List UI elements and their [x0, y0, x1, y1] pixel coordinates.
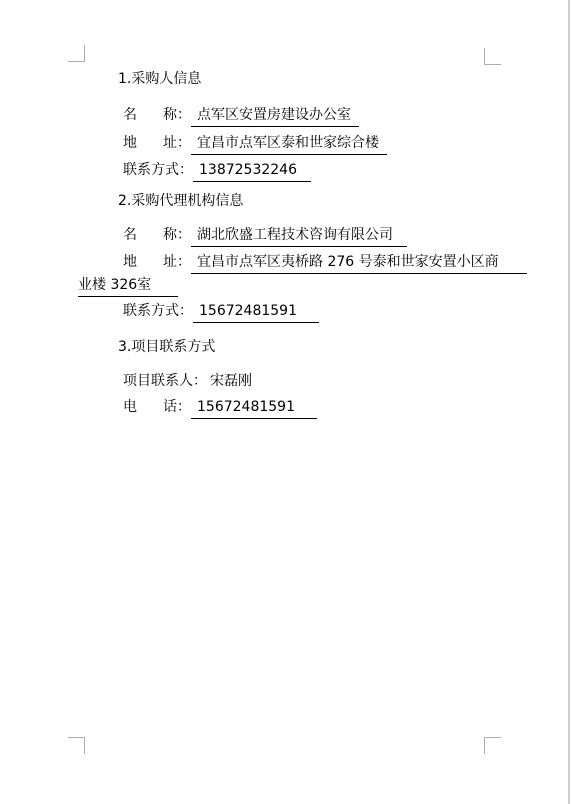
field-row-agency-name: 名称：湖北欣盛工程技术咨询有限公司 — [123, 225, 407, 245]
text-boundary-mark-top-right — [484, 48, 501, 65]
field-row-agency-address-line2: 业楼 326室 — [78, 275, 178, 295]
field-label: 联系方式： — [123, 303, 193, 319]
field-value-underlined: 宜昌市点军区泰和世家综合楼 — [191, 135, 387, 155]
field-row-purchaser-address: 地址：宜昌市点军区泰和世家综合楼 — [123, 133, 387, 153]
field-label: 项目联系人： — [123, 373, 207, 389]
field-row-purchaser-name: 名称：点军区安置房建设办公室 — [123, 105, 359, 125]
text-boundary-mark-bottom-left — [68, 737, 85, 754]
field-label: 地址： — [123, 252, 191, 272]
field-value-underlined: 宜昌市点军区夷桥路 276 号泰和世家安置小区商 — [191, 254, 527, 274]
field-label: 名称： — [123, 105, 191, 125]
field-row-project-contact-person: 项目联系人：宋磊刚 — [123, 371, 252, 391]
text-boundary-mark-top-left — [68, 45, 85, 62]
field-row-agency-contact: 联系方式：15672481591 — [123, 301, 319, 321]
text-boundary-mark-bottom-right — [484, 737, 501, 754]
page-edge — [568, 0, 570, 804]
field-row-project-phone: 电话：15672481591 — [123, 397, 317, 417]
field-value-underlined: 点军区安置房建设办公室 — [191, 107, 359, 127]
section-2-heading: 2.采购代理机构信息 — [118, 191, 243, 211]
field-value-underlined: 业楼 326室 — [78, 277, 178, 297]
field-value-underlined: 15672481591 — [191, 399, 317, 419]
field-label: 地址： — [123, 133, 191, 153]
field-value-underlined: 15672481591 — [193, 303, 319, 323]
field-value: 宋磊刚 — [207, 373, 252, 389]
field-value-underlined: 13872532246 — [193, 162, 311, 182]
field-value-underlined: 湖北欣盛工程技术咨询有限公司 — [191, 227, 407, 247]
document-page: 1.采购人信息 名称：点军区安置房建设办公室 地址：宜昌市点军区泰和世家综合楼 … — [0, 0, 572, 804]
field-row-purchaser-contact: 联系方式：13872532246 — [123, 160, 311, 180]
field-label: 电话： — [123, 397, 191, 417]
field-label: 联系方式： — [123, 162, 193, 178]
field-row-agency-address-line1: 地址：宜昌市点军区夷桥路 276 号泰和世家安置小区商 — [123, 252, 527, 272]
section-3-heading: 3.项目联系方式 — [118, 337, 215, 357]
section-1-heading: 1.采购人信息 — [118, 69, 201, 89]
field-label: 名称： — [123, 225, 191, 245]
